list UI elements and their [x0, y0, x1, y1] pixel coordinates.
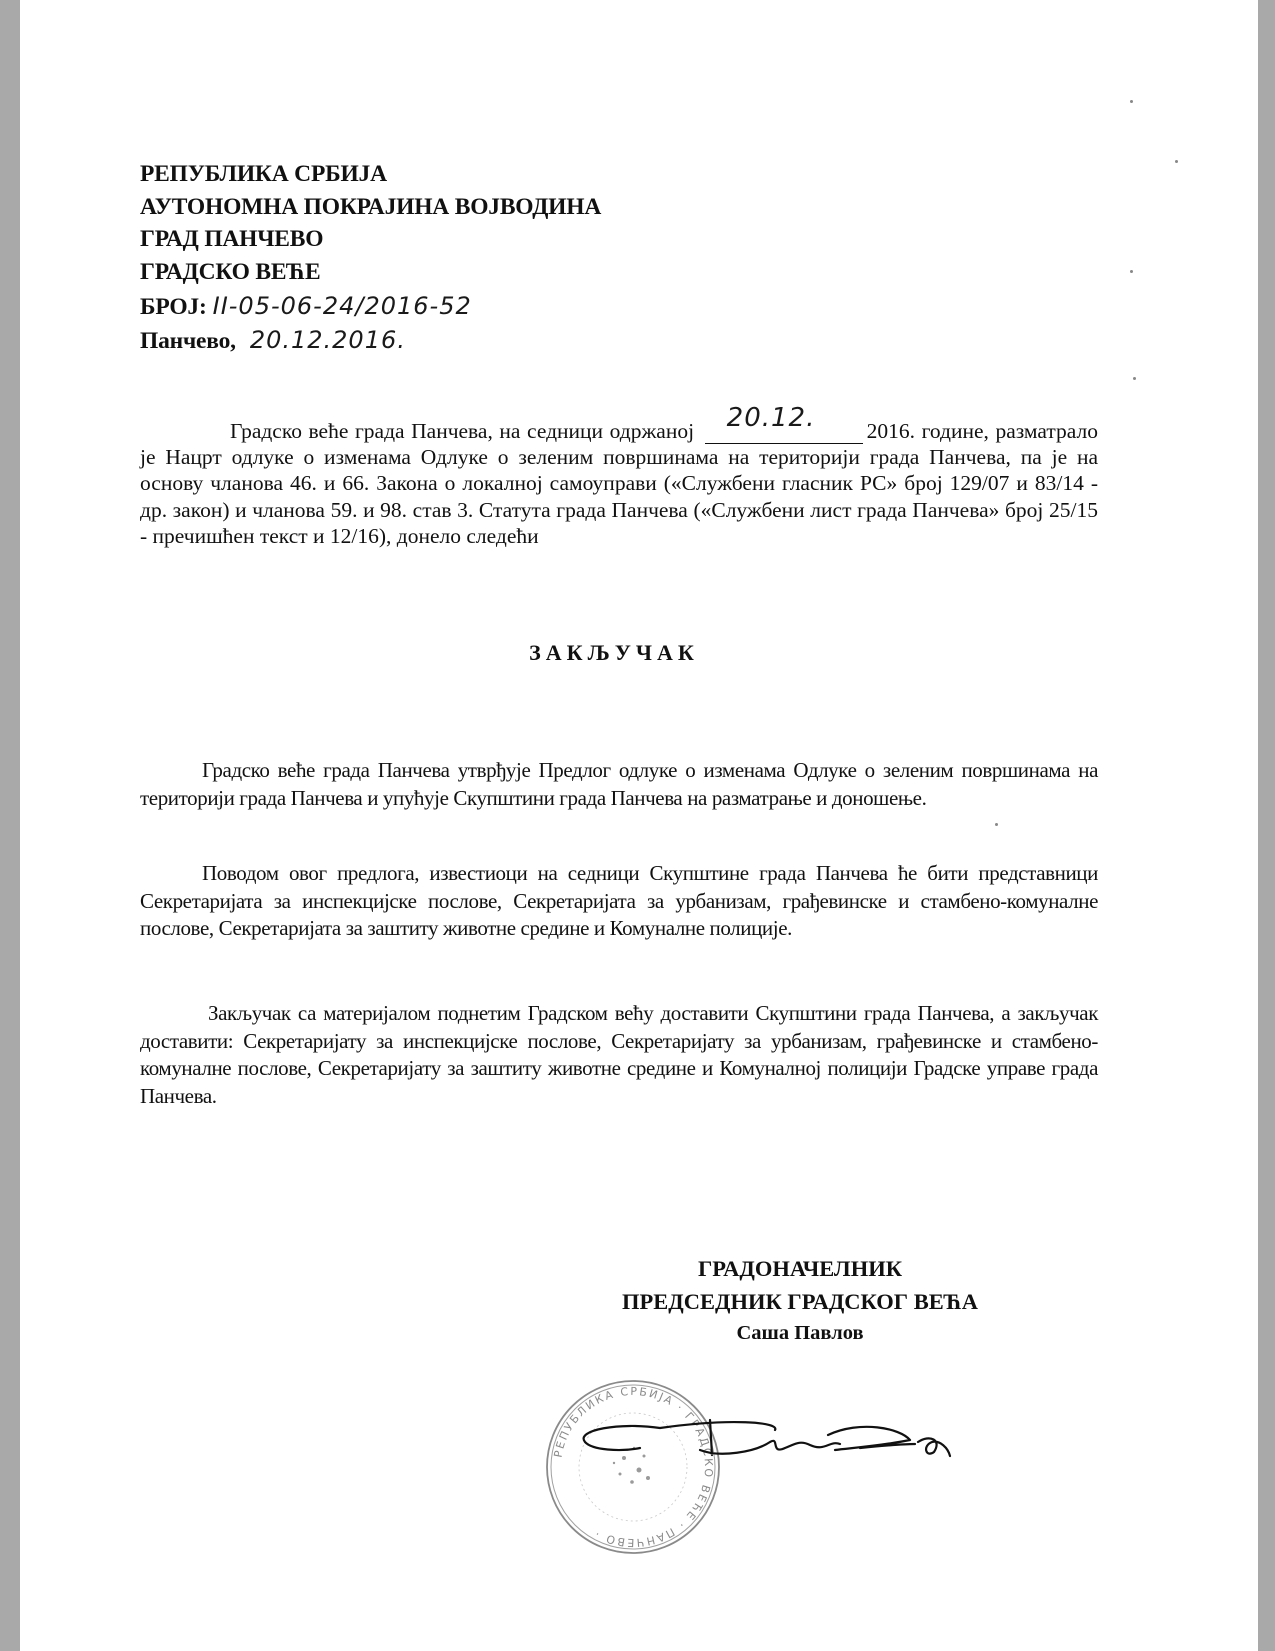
paragraph-2: Поводом овог предлога, известиоци на сед…: [140, 860, 1098, 943]
signatory-name: Саша Павлов: [580, 1318, 1020, 1348]
header-line-republic: РЕПУБЛИКА СРБИЈА: [140, 158, 601, 191]
handwritten-signature-icon: [580, 1400, 960, 1490]
number-label: БРОЈ:: [140, 294, 207, 320]
scan-speck: [1133, 377, 1136, 380]
scan-speck: [1130, 270, 1133, 273]
scan-border-left: [0, 0, 20, 1651]
header-line-city: ГРАД ПАНЧЕВО: [140, 223, 601, 256]
document-page: РЕПУБЛИКА СРБИЈА АУТОНОМНА ПОКРАЈИНА ВОЈ…: [20, 0, 1258, 1651]
document-header: РЕПУБЛИКА СРБИЈА АУТОНОМНА ПОКРАЈИНА ВОЈ…: [140, 158, 601, 357]
paragraph-3-text: Закључак са материјалом поднетим Градско…: [140, 1001, 1098, 1108]
paragraph-1-text: Градско веће града Панчева утврђује Пред…: [140, 758, 1098, 810]
session-date-handwritten: 20.12.: [727, 405, 816, 431]
scan-border-right: [1258, 0, 1275, 1651]
document-number: БРОЈ:II-05-06-24/2016-52: [140, 290, 601, 324]
signature-block: ГРАДОНАЧЕЛНИК ПРЕДСЕДНИК ГРАДСКОГ ВЕЋА С…: [580, 1252, 1020, 1348]
number-value: II-05-06-24/2016-52: [213, 292, 472, 320]
intro-paragraph: Градско веће града Панчева, на седници о…: [140, 418, 1098, 549]
scan-speck: [995, 823, 998, 826]
place-date: Панчево,20.12.2016.: [140, 324, 601, 358]
place-date-value: 20.12.2016.: [250, 326, 406, 354]
paragraph-3: Закључак са материјалом поднетим Градско…: [140, 1000, 1098, 1110]
scan-speck: [1175, 160, 1178, 163]
session-date-blank: 20.12.: [705, 421, 863, 444]
intro-part1: Градско веће града Панчева, на седници о…: [230, 419, 694, 443]
place-label: Панчево,: [140, 328, 236, 354]
header-line-province: АУТОНОМНА ПОКРАЈИНА ВОЈВОДИНА: [140, 191, 601, 224]
document-title: ЗАКЉУЧАК: [0, 640, 1233, 666]
paragraph-2-text: Поводом овог предлога, известиоци на сед…: [140, 861, 1098, 940]
paragraph-1: Градско веће града Панчева утврђује Пред…: [140, 757, 1098, 812]
signature-title-mayor: ГРАДОНАЧЕЛНИК: [580, 1252, 1020, 1286]
header-line-council: ГРАДСКО ВЕЋЕ: [140, 256, 601, 289]
signature-title-president: ПРЕДСЕДНИК ГРАДСКОГ ВЕЋА: [580, 1286, 1020, 1318]
scan-speck: [1130, 100, 1133, 103]
